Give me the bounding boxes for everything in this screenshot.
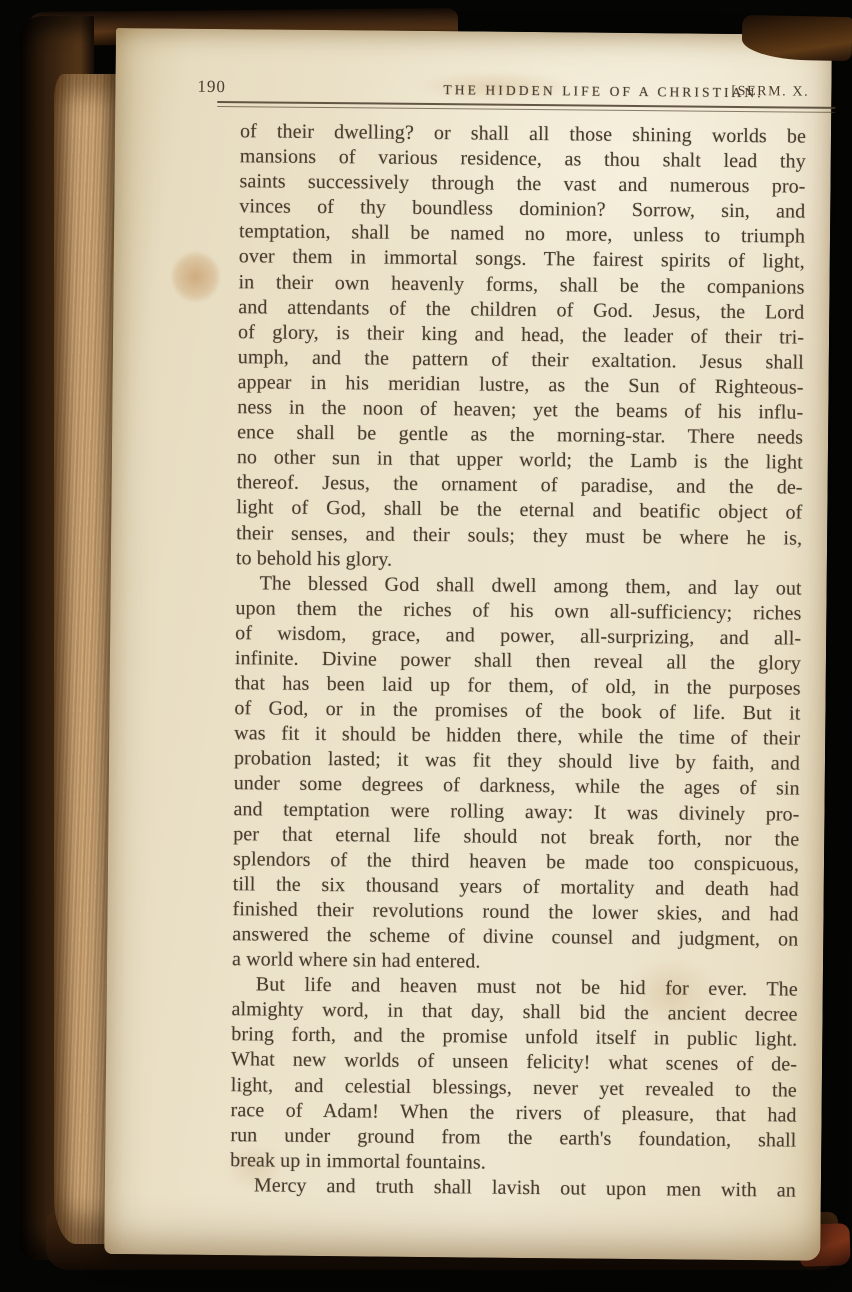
book-page: 190 THE HIDDEN LIFE OF A CHRISTIAN. [SER… (104, 28, 832, 1261)
running-title: THE HIDDEN LIFE OF A CHRISTIAN. (443, 82, 763, 101)
text-line: Mercy and truth shall lavish out upon me… (230, 1173, 796, 1204)
text-block: of their dwelling? or shall all those sh… (230, 119, 806, 1203)
page-header: 190 THE HIDDEN LIFE OF A CHRISTIAN. [SER… (197, 77, 813, 105)
section-label: [SERM. X. (731, 84, 809, 101)
page-number: 190 (197, 77, 226, 97)
foxing-stain (171, 251, 219, 303)
